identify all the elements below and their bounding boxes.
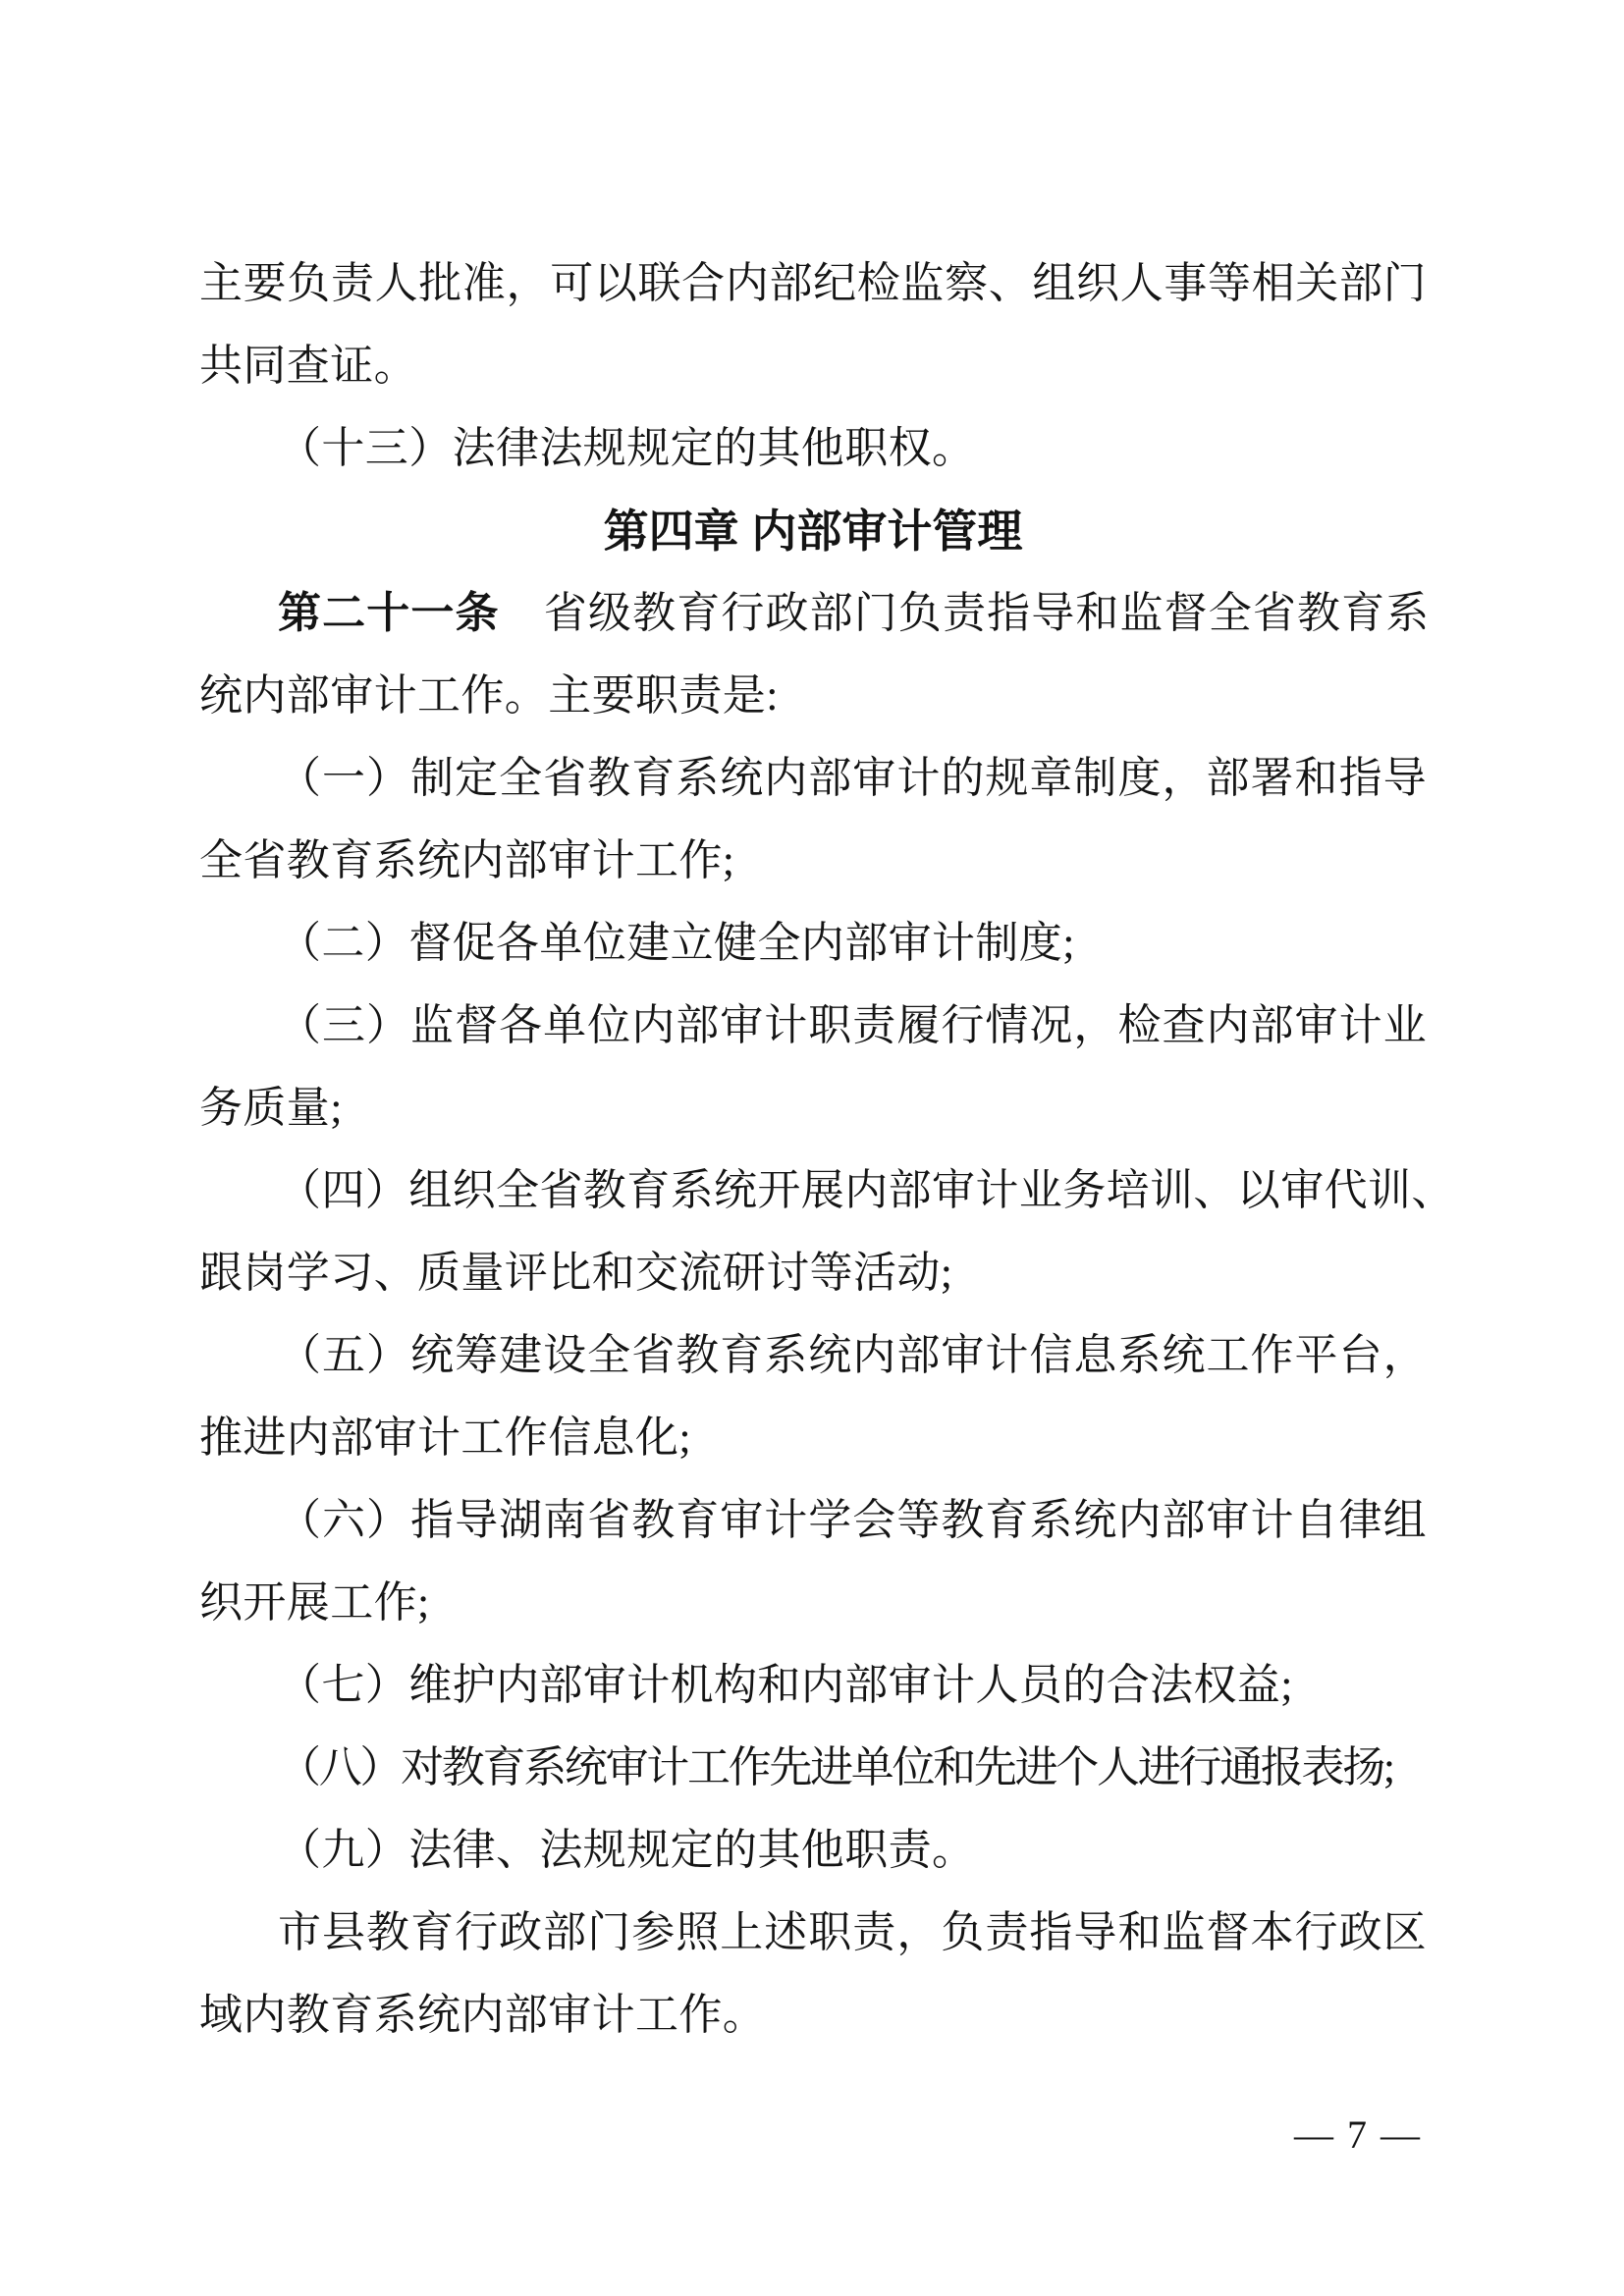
text-line-item-1: （一）制定全省教育系统内部审计的规章制度，部署和指导	[199, 737, 1427, 820]
text-line-item-7: （七）维护内部审计机构和内部审计人员的合法权益;	[199, 1644, 1427, 1727]
text-line-content: （五）统筹建设全省教育系统内部审计信息系统工作平台，	[278, 1331, 1427, 1379]
text-line-content: 务质量;	[199, 1084, 343, 1132]
text-line: 跟岗学习、质量评比和交流研讨等活动;	[199, 1232, 1427, 1314]
text-line: 主要负责人批准，可以联合内部纪检监察、组织人事等相关部门	[199, 242, 1427, 325]
text-line: 统内部审计工作。主要职责是:	[199, 655, 1427, 737]
text-line-content: 全省教育系统内部审计工作;	[199, 836, 734, 884]
text-line-content: 跟岗学习、质量评比和交流研讨等活动;	[199, 1249, 952, 1297]
document-page: 主要负责人批准，可以联合内部纪检监察、组织人事等相关部门 共同查证。 （十三）法…	[0, 0, 1624, 2296]
text-line-item-5: （五）统筹建设全省教育系统内部审计信息系统工作平台，	[199, 1314, 1427, 1397]
text-line: 推进内部审计工作信息化;	[199, 1397, 1427, 1479]
text-line-content: （二）督促各单位建立健全内部审计制度;	[278, 919, 1075, 967]
text-line-content: 共同查证。	[199, 342, 417, 390]
text-line-content: （三）监督各单位内部审计职责履行情况，检查内部审计业	[278, 1001, 1427, 1049]
text-line-item-6: （六）指导湖南省教育审计学会等教育系统内部审计自律组	[199, 1479, 1427, 1562]
text-line-item-3: （三）监督各单位内部审计职责履行情况，检查内部审计业	[199, 985, 1427, 1067]
text-line: 务质量;	[199, 1067, 1427, 1149]
text-line: 织开展工作;	[199, 1562, 1427, 1644]
text-line: 全省教育系统内部审计工作;	[199, 820, 1427, 902]
text-line-item-9: （九）法律、法规规定的其他职责。	[199, 1809, 1427, 1892]
text-line-article-21: 第二十一条 省级教育行政部门负责指导和监督全省教育系	[199, 572, 1427, 655]
text-line-content: （七）维护内部审计机构和内部审计人员的合法权益;	[278, 1661, 1293, 1709]
text-line-content: 市县教育行政部门参照上述职责，负责指导和监督本行政区	[278, 1908, 1427, 1956]
text-line: 市县教育行政部门参照上述职责，负责指导和监督本行政区	[199, 1892, 1427, 1974]
chapter-heading-text: 第四章 内部审计管理	[604, 506, 1023, 557]
chapter-heading: 第四章 内部审计管理	[199, 490, 1427, 572]
text-line-content: 省级教育行政部门负责指导和监督全省教育系	[500, 589, 1427, 637]
article-number: 第二十一条	[278, 589, 500, 637]
text-line-item-13: （十三）法律法规规定的其他职权。	[199, 407, 1427, 490]
page-number: — 7 —	[1294, 2110, 1422, 2160]
text-line-content: 织开展工作;	[199, 1578, 430, 1627]
text-line-item-2: （二）督促各单位建立健全内部审计制度;	[199, 902, 1427, 985]
text-line-item-4: （四）组织全省教育系统开展内部审计业务培训、以审代训、	[199, 1149, 1427, 1232]
text-line-content: （九）法律、法规规定的其他职责。	[278, 1826, 975, 1874]
text-line-content: （十三）法律法规规定的其他职权。	[278, 424, 975, 472]
text-line: 共同查证。	[199, 325, 1427, 407]
text-line-content: 统内部审计工作。主要职责是:	[199, 671, 779, 720]
text-line-content: （一）制定全省教育系统内部审计的规章制度，部署和指导	[278, 754, 1427, 802]
text-line-content: （六）指导湖南省教育审计学会等教育系统内部审计自律组	[278, 1496, 1427, 1544]
text-line-content: （八）对教育系统审计工作先进单位和先进个人进行通报表扬;	[278, 1743, 1393, 1791]
text-line-content: 域内教育系统内部审计工作。	[199, 1991, 766, 2039]
text-line-content: 推进内部审计工作信息化;	[199, 1414, 691, 1462]
text-line-item-8: （八）对教育系统审计工作先进单位和先进个人进行通报表扬;	[199, 1727, 1427, 1809]
text-line-content: （四）组织全省教育系统开展内部审计业务培训、以审代训、	[278, 1166, 1455, 1214]
text-line: 域内教育系统内部审计工作。	[199, 1974, 1427, 2056]
text-line-content: 主要负责人批准，可以联合内部纪检监察、组织人事等相关部门	[199, 259, 1427, 307]
document-body: 主要负责人批准，可以联合内部纪检监察、组织人事等相关部门 共同查证。 （十三）法…	[199, 242, 1427, 2056]
